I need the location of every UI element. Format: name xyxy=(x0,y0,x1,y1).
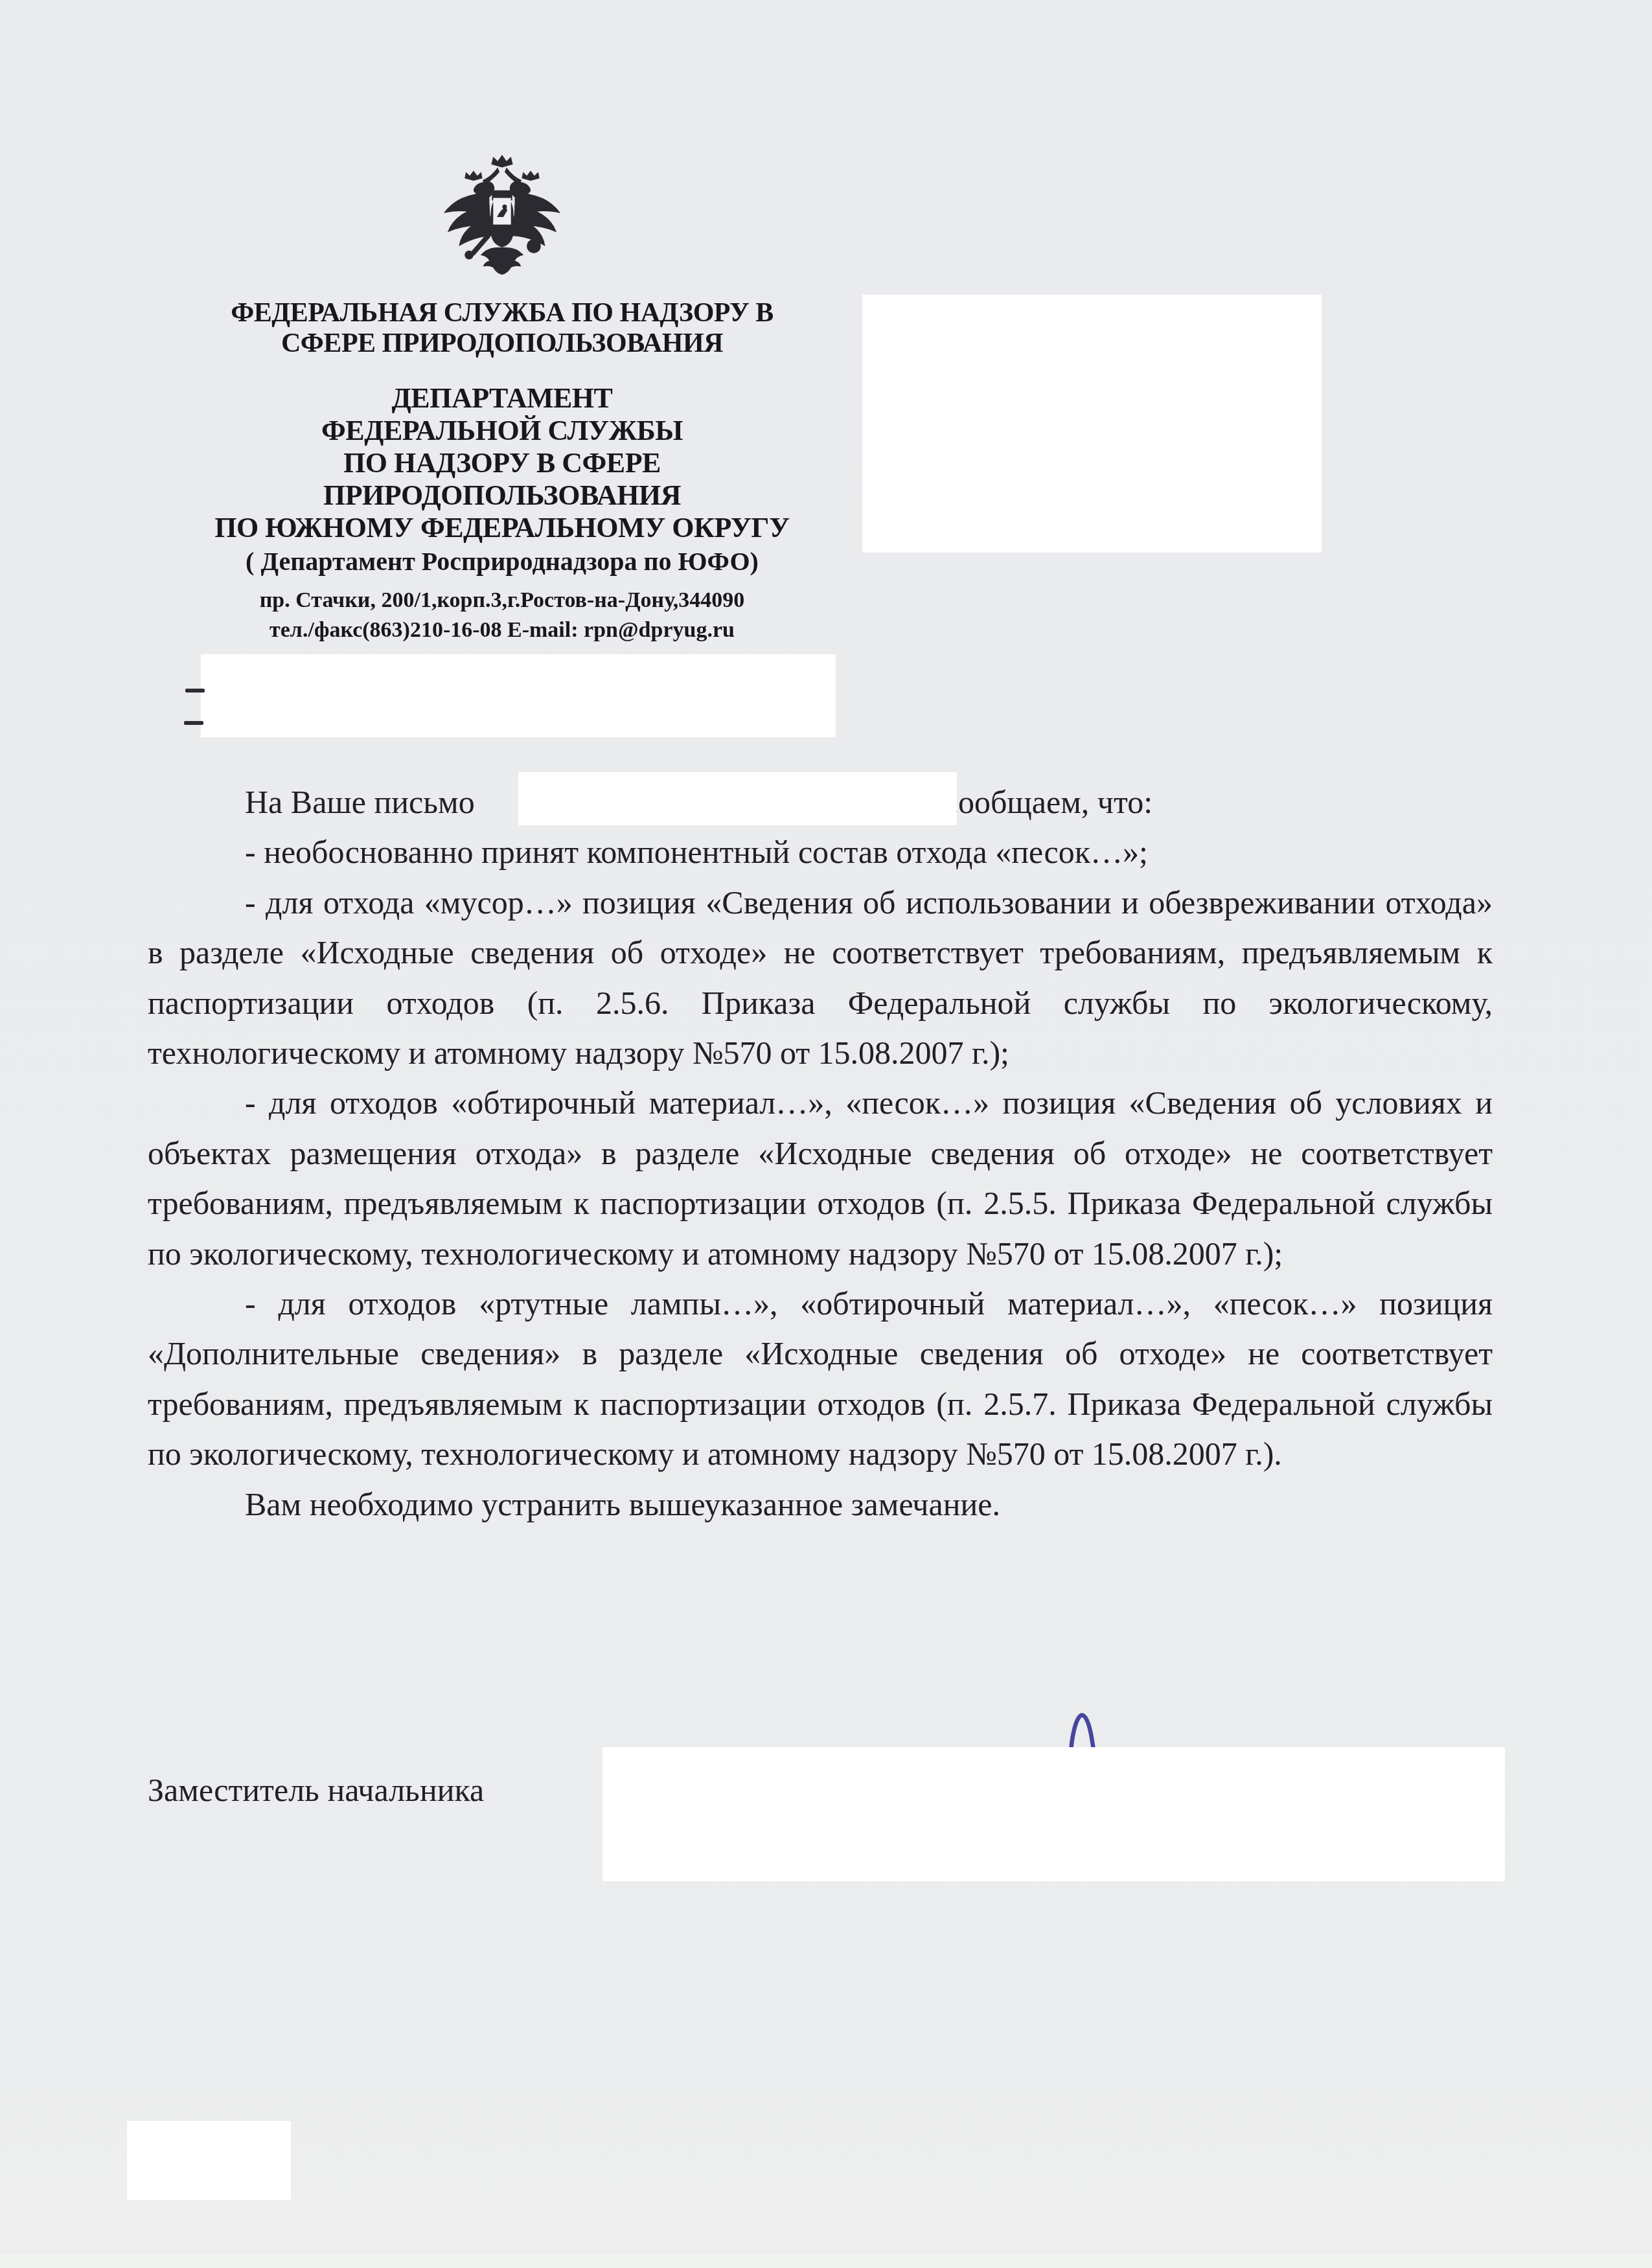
finding-3: - для отходов «обтирочный материал…», «п… xyxy=(148,1078,1493,1279)
russia-coat-of-arms-icon xyxy=(439,154,566,275)
letter-body: На Ваше письмосообщаем, что: - необоснов… xyxy=(148,777,1493,1529)
department-name: ДЕПАРТАМЕНТ ФЕДЕРАЛЬНОЙ СЛУЖБЫ ПО НАДЗОР… xyxy=(146,382,858,544)
department-line-5: ПО ЮЖНОМУ ФЕДЕРАЛЬНОМУ ОКРУГУ xyxy=(146,512,858,544)
department-line-2: ФЕДЕРАЛЬНОЙ СЛУЖБЫ xyxy=(146,415,858,447)
reference-dash-1 xyxy=(185,689,205,693)
agency-name: ФЕДЕРАЛЬНАЯ СЛУЖБА ПО НАДЗОРУ В СФЕРЕ ПР… xyxy=(146,298,858,359)
finding-4: - для отходов «ртутные лампы…», «обтироч… xyxy=(148,1279,1493,1480)
address-line: пр. Стачки, 200/1,корп.3,г.Ростов-на-Дон… xyxy=(146,586,858,615)
opening-after: сообщаем, что: xyxy=(944,784,1153,820)
redaction-box-reference xyxy=(201,654,836,737)
agency-line-1: ФЕДЕРАЛЬНАЯ СЛУЖБА ПО НАДЗОРУ В xyxy=(146,298,858,328)
redaction-box-recipient xyxy=(862,295,1322,553)
opening-before: На Ваше письмо xyxy=(245,784,475,820)
redaction-box-footer xyxy=(127,2121,291,2200)
department-line-3: ПО НАДЗОРУ В СФЕРЕ xyxy=(146,447,858,479)
redaction-box-signature xyxy=(602,1747,1505,1881)
scan-bottom-edge xyxy=(0,2252,1652,2268)
agency-line-2: СФЕРЕ ПРИРОДОПОЛЬЗОВАНИЯ xyxy=(146,328,858,359)
finding-2: - для отхода «мусор…» позиция «Сведения … xyxy=(148,878,1493,1079)
address-block: пр. Стачки, 200/1,корп.3,г.Ростов-на-Дон… xyxy=(146,586,858,645)
closing-line: Вам необходимо устранить вышеуказанное з… xyxy=(148,1480,1493,1529)
department-line-4: ПРИРОДОПОЛЬЗОВАНИЯ xyxy=(146,479,858,512)
redaction-box-letter-number xyxy=(518,772,957,825)
department-short-name: ( Департамент Росприроднадзора по ЮФО) xyxy=(146,547,858,577)
finding-1: - необоснованно принят компонентный сост… xyxy=(148,827,1493,877)
letterhead: ФЕДЕРАЛЬНАЯ СЛУЖБА ПО НАДЗОРУ В СФЕРЕ ПР… xyxy=(146,0,858,645)
signature-title: Заместитель начальника xyxy=(148,1771,484,1809)
department-line-1: ДЕПАРТАМЕНТ xyxy=(146,382,858,415)
contacts-line: тел./факс(863)210-16-08 E-mail: rpn@dpry… xyxy=(146,615,858,645)
reference-dash-2 xyxy=(184,721,203,725)
scanned-letter-page: ФЕДЕРАЛЬНАЯ СЛУЖБА ПО НАДЗОРУ В СФЕРЕ ПР… xyxy=(0,0,1652,2268)
